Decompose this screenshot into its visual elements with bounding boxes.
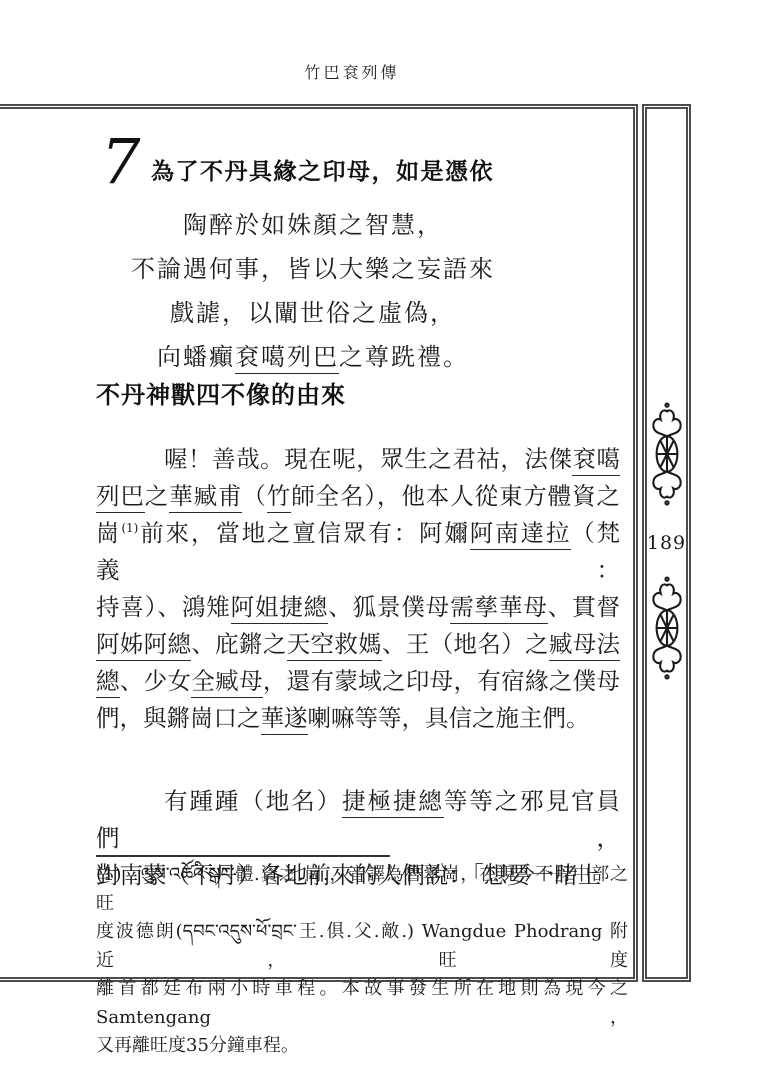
proper-name: 天空救媽 <box>287 630 382 661</box>
text-line: 不論遇何事，皆以大樂之妄語來 <box>0 247 633 291</box>
proper-name: 竹 <box>267 482 291 513</box>
text-line: 陶醉於如姝顏之智慧， <box>0 203 633 247</box>
tibetan-text: དབང་འདུས་ཕོ་བྲང་ <box>183 921 297 942</box>
text-run: 崗 <box>96 519 121 547</box>
text-run: 喔！善哉。現在呢，眾生之君祜，法傑 <box>164 445 572 473</box>
text-run: 離首都廷布兩小時車程。本故事發生所在地則為現今之 Samtengang ， <box>96 978 628 1028</box>
text-run: 之 <box>145 482 169 510</box>
footnote: (1) ལུས་འཚོའི་སྒང་體.資之.崗.，音譯為魯翠崗，在現今不丹中部… <box>96 861 628 1061</box>
body-text: 喔！善哉。現在呢，眾生之君祜，法傑袞噶列巴之華臧甫（竹師全名），他本人從東方體資… <box>96 441 620 894</box>
text-line: (1) ལུས་འཚོའི་སྒང་體.資之.崗.，音譯為魯翠崗，在現今不丹中部… <box>96 861 628 918</box>
content-frame: 7 為了不丹具緣之印母，如是憑依 陶醉於如姝顏之智慧，不論遇何事，皆以大樂之妄語… <box>0 104 638 982</box>
sidebar-frame: 189 <box>642 104 691 982</box>
text-run: 、庇鏘之 <box>191 630 286 658</box>
text-run: 、少女 <box>120 667 192 695</box>
paragraph-1: 喔！善哉。現在呢，眾生之君祜，法傑袞噶列巴之華臧甫（竹師全名），他本人從東方體資… <box>96 441 620 737</box>
text-run: 有踵踵（地名） <box>164 787 342 815</box>
text-run: 喇嘛等等，具信之施主們。 <box>308 704 590 732</box>
text-line: 又再離旺度35分鐘車程。 <box>96 1032 628 1061</box>
footnote-marker: (1) <box>121 521 138 535</box>
running-title: 竹巴袞列傳 <box>0 60 704 83</box>
proper-name: 捷極捷總 <box>342 787 444 818</box>
proper-name: 列巴 <box>96 482 145 513</box>
text-run: （ <box>242 482 266 510</box>
text-line: 持喜）、鴻雉阿姐捷總、狐景僕母需孳華母、貫督 <box>96 589 620 626</box>
footnote-divider <box>96 855 390 857</box>
text-line: 離首都廷布兩小時車程。本故事發生所在地則為現今之 Samtengang ， <box>96 975 628 1032</box>
text-run: 度波德朗( <box>96 921 183 942</box>
text-line: 總、少女全臧母，還有蒙域之印母，有宿緣之僕母 <box>96 663 620 700</box>
proper-name: 阿南達拉 <box>470 519 571 550</box>
text-run: (1) <box>96 864 141 885</box>
text-run: 不論遇何事，皆以大樂之妄語來 <box>131 255 495 283</box>
page-number: 189 <box>647 532 686 554</box>
proper-name: 阿姊阿總 <box>96 630 191 661</box>
section-heading: 不丹神獸四不像的由來 <box>96 375 346 410</box>
proper-name: 全臧母 <box>191 667 263 698</box>
text-run: 向蟠癲 <box>157 343 235 371</box>
text-run: 又再離旺度35分鐘車程。 <box>96 1035 299 1056</box>
proper-name: 臧母法 <box>549 630 620 661</box>
text-run: 之尊跣禮。 <box>339 343 469 371</box>
text-run: 、貫督 <box>548 593 620 621</box>
text-line: 有踵踵（地名）捷極捷總等等之邪見官員們， <box>96 783 620 857</box>
text-line: 們，與鏘崗口之華遂喇嘛等等，具信之施主們。 <box>96 700 620 737</box>
text-line: 度波德朗(དབང་འདུས་ཕོ་བྲང་王.俱.父.敵.) Wangdue P… <box>96 918 628 975</box>
dedication-verse: 陶醉於如姝顏之智慧，不論遇何事，皆以大樂之妄語來戲謔，以闡世俗之虛偽，向蟠癲袞噶… <box>0 203 633 379</box>
proper-name: 華臧甫 <box>169 482 242 513</box>
text-run: 、狐景僕母 <box>328 593 450 621</box>
text-line: 阿姊阿總、庇鏘之天空救媽、王（地名）之臧母法 <box>96 626 620 663</box>
tibetan-text: ལུས་འཚོའི་སྒང་ <box>141 864 235 885</box>
text-line: 向蟠癲袞噶列巴之尊跣禮。 <box>0 335 633 379</box>
proper-name: 華遂 <box>261 704 308 735</box>
text-line: 戲謔，以闡世俗之虛偽， <box>0 291 633 335</box>
text-line: 列巴之華臧甫（竹師全名），他本人從東方體資之 <box>96 478 620 515</box>
chapter-number: 7 <box>101 131 140 193</box>
text-line: 喔！善哉。現在呢，眾生之君祜，法傑袞噶 <box>96 441 620 478</box>
text-run: 持喜）、鴻雉 <box>96 593 231 621</box>
proper-name: 需孳華母 <box>450 593 548 624</box>
proper-name: 袞噶列巴 <box>235 343 339 374</box>
text-run: 陶醉於如姝顏之智慧， <box>183 211 443 239</box>
scroll-ornament-icon <box>647 576 687 684</box>
chapter-title: 為了不丹具緣之印母，如是憑依 <box>151 153 494 186</box>
proper-name: 袞噶 <box>572 445 620 476</box>
text-line: 崗(1)前來，當地之亶信眾有：阿嬭阿南達拉（梵義： <box>96 515 620 589</box>
text-run: 戲謔，以闡世俗之虛偽， <box>170 299 456 327</box>
text-run: 、王（地名）之 <box>382 630 549 658</box>
text-run: 前來，當地之亶信眾有：阿嬭 <box>138 519 469 547</box>
scroll-ornament-icon <box>647 402 687 510</box>
proper-name: 阿姐捷總 <box>231 593 329 624</box>
book-page: { "colors": { "ink": "#1a1a1a", "frame":… <box>0 0 768 1089</box>
text-run: ，還有蒙域之印母，有宿緣之僕母 <box>263 667 620 695</box>
text-run: 們，與鏘崗口之 <box>96 704 261 732</box>
proper-name: 總 <box>96 667 120 698</box>
text-run: 師全名），他本人從東方體資之 <box>291 482 620 510</box>
